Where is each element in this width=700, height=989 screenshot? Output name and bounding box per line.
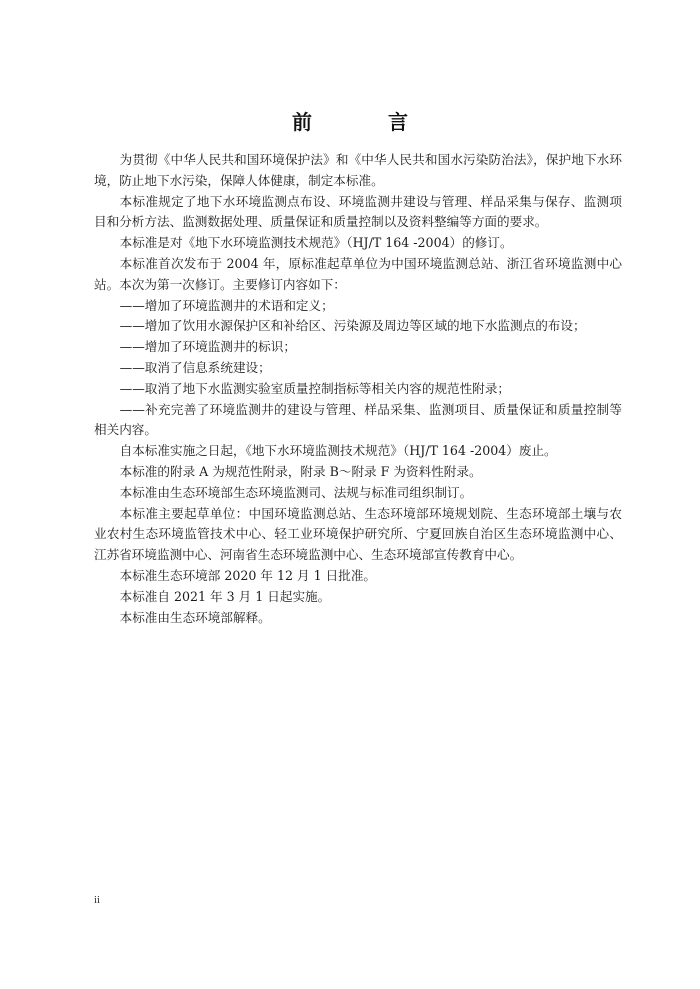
paragraph-organizer: 本标准由生态环境部生态环境监测司、法规与标准司组织制订。 <box>94 483 622 504</box>
revision-item: ——补充完善了环境监测井的建设与管理、样品采集、监测项目、质量保证和质量控制等相… <box>94 400 622 442</box>
paragraph-scope: 本标准规定了地下水环境监测点布设、环境监测井建设与管理、样品采集与保存、监测项目… <box>94 192 622 234</box>
paragraph-appendix: 本标准的附录 A 为规范性附录，附录 B～附录 F 为资料性附录。 <box>94 462 622 483</box>
revision-item: ——取消了地下水监测实验室质量控制指标等相关内容的规范性附录； <box>94 379 622 400</box>
paragraph-drafters: 本标准主要起草单位：中国环境监测总站、生态环境部环境规划院、生态环境部土壤与农业… <box>94 504 622 566</box>
paragraph-abolish: 自本标准实施之日起，《地下水环境监测技术规范》（HJ/T 164 -2004）废… <box>94 441 622 462</box>
paragraph-interpretation: 本标准由生态环境部解释。 <box>94 608 622 629</box>
paragraph-effective: 本标准自 2021 年 3 月 1 日起实施。 <box>94 587 622 608</box>
page-title: 前 言 <box>0 106 700 135</box>
paragraph-history: 本标准首次发布于 2004 年，原标准起草单位为中国环境监测总站、浙江省环境监测… <box>94 254 622 296</box>
revision-item: ——增加了环境监测井的术语和定义； <box>94 296 622 317</box>
paragraph-approval: 本标准生态环境部 2020 年 12 月 1 日批准。 <box>94 566 622 587</box>
revision-item: ——增加了环境监测井的标识； <box>94 337 622 358</box>
paragraph-revision-of: 本标准是对《地下水环境监测技术规范》（HJ/T 164 -2004）的修订。 <box>94 233 622 254</box>
revision-item: ——增加了饮用水源保护区和补给区、污染源及周边等区域的地下水监测点的布设； <box>94 316 622 337</box>
page-number: ii <box>94 894 100 906</box>
revision-item: ——取消了信息系统建设； <box>94 358 622 379</box>
paragraph-purpose: 为贯彻《中华人民共和国环境保护法》和《中华人民共和国水污染防治法》，保护地下水环… <box>94 150 622 192</box>
foreword-body: 为贯彻《中华人民共和国环境保护法》和《中华人民共和国水污染防治法》，保护地下水环… <box>94 150 622 628</box>
